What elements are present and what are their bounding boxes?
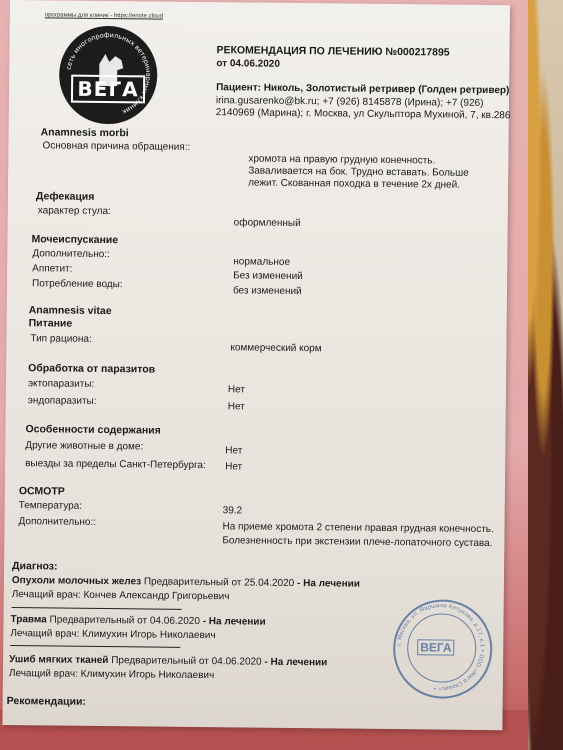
other-animals-label: Другие животные в доме: bbox=[25, 440, 143, 452]
urination-heading: Мочеиспускание bbox=[31, 233, 118, 246]
divider bbox=[12, 607, 182, 610]
recommendations-heading: Рекомендации: bbox=[7, 695, 86, 708]
anamnesis-vitae-heading: Anamnesis vitae bbox=[29, 304, 112, 317]
reason-value: хромота на правую грудную конечность. За… bbox=[248, 154, 498, 193]
urination-value-0: нормальное bbox=[233, 256, 290, 268]
diagnosis-type-date: Предварительный от 04.06.2020 bbox=[47, 614, 203, 627]
diagnosis-status: - На лечении bbox=[264, 657, 327, 669]
water-label: Потребление воды: bbox=[32, 278, 123, 290]
ecto-value: Нет bbox=[228, 384, 245, 395]
document-date: от 04.06.2020 bbox=[216, 58, 280, 70]
diagnosis-doctor: Лечащий врач: Климухин Игорь Николаевич bbox=[10, 628, 215, 641]
appetite-value: Без изменений bbox=[233, 270, 303, 282]
document-page: программы для клиник - https://enote.clo… bbox=[2, 0, 510, 730]
diagnosis-doctor: Лечащий врач: Кончев Александр Григорьев… bbox=[12, 589, 230, 602]
anamnesis-morbi-heading: Anamnesis morbi bbox=[41, 126, 129, 139]
trips-value: Нет bbox=[225, 461, 242, 472]
diagnosis-status: - На лечении bbox=[297, 578, 360, 590]
diagnosis-item: Опухоли молочных желез Предварительный о… bbox=[12, 575, 360, 590]
appetite-label: Аппетит: bbox=[32, 263, 72, 274]
diagnosis-item: Травма Предварительный от 04.06.2020 - Н… bbox=[10, 614, 265, 628]
parasites-heading: Обработка от паразитов bbox=[28, 362, 155, 375]
temperature-label: Температура: bbox=[19, 500, 82, 512]
clinic-logo: сеть многопрофильных ветеринарных клиник… bbox=[59, 26, 158, 125]
diagnosis-name: Ушиб мягких тканей bbox=[9, 654, 109, 666]
trips-label: выезды за пределы Санкт-Петербурга: bbox=[25, 458, 206, 471]
document-title: РЕКОМЕНДАЦИЯ ПО ЛЕЧЕНИЮ №000217895 bbox=[216, 44, 449, 58]
endo-label: эндопаразиты: bbox=[28, 395, 97, 407]
diagnosis-type-date: Предварительный от 04.06.2020 bbox=[108, 655, 264, 668]
reason-label: Основная причина обращения:: bbox=[42, 140, 190, 153]
exam-extra-line-1: На приеме хромота 2 степени правая грудн… bbox=[222, 521, 493, 535]
stamp-word: ВЕГА bbox=[417, 639, 455, 655]
diet-value: коммерческий корм bbox=[230, 342, 321, 354]
diagnosis-item: Ушиб мягких тканей Предварительный от 04… bbox=[9, 654, 327, 668]
diagnosis-heading: Диагноз: bbox=[12, 560, 58, 572]
diagnosis-type-date: Предварительный от 25.04.2020 bbox=[141, 576, 297, 589]
nutrition-heading: Питание bbox=[29, 317, 73, 329]
diet-label: Тип рациона: bbox=[30, 333, 91, 345]
water-value: без изменений bbox=[233, 285, 302, 297]
dog-cat-silhouette-icon bbox=[99, 54, 123, 86]
divider bbox=[10, 645, 180, 648]
ecto-label: эктопаразиты: bbox=[28, 378, 94, 390]
endo-value: Нет bbox=[228, 401, 245, 412]
temperature-value: 39.2 bbox=[223, 505, 243, 516]
clinic-stamp: г. Москва, ул. Маршала Катукова, д.17, к… bbox=[393, 599, 493, 699]
exam-extra-line-2: Болезненность при экстензии плече-лопато… bbox=[222, 535, 492, 549]
logo-ring-icon: сеть многопрофильных ветеринарных клиник bbox=[59, 26, 158, 125]
diagnosis-name: Травма bbox=[10, 614, 46, 625]
diagnosis-doctor: Лечащий врач: Климухин Игорь Николаевич bbox=[9, 668, 214, 681]
defecation-heading: Дефекация bbox=[36, 190, 95, 203]
contacts-line-2: 2140969 (Марина); г. Москва, ул Скульпто… bbox=[216, 107, 511, 121]
diagnosis-status: - На лечении bbox=[203, 616, 266, 628]
other-animals-value: Нет bbox=[225, 445, 242, 456]
urination-label-0: Дополнительно:: bbox=[32, 248, 110, 260]
stool-value: оформленный bbox=[234, 217, 301, 229]
stool-label: характер стула: bbox=[38, 205, 111, 217]
header-link[interactable]: программы для клиник - https://enote.clo… bbox=[45, 12, 163, 19]
diagnosis-name: Опухоли молочных желез bbox=[12, 575, 141, 587]
patient-line: Пациент: Николь, Золотистый ретривер (Го… bbox=[216, 82, 509, 96]
exam-heading: ОСМОТР bbox=[19, 485, 65, 497]
housing-heading: Особенности содержания bbox=[25, 423, 160, 436]
exam-extra-label: Дополнительно:: bbox=[18, 516, 96, 528]
